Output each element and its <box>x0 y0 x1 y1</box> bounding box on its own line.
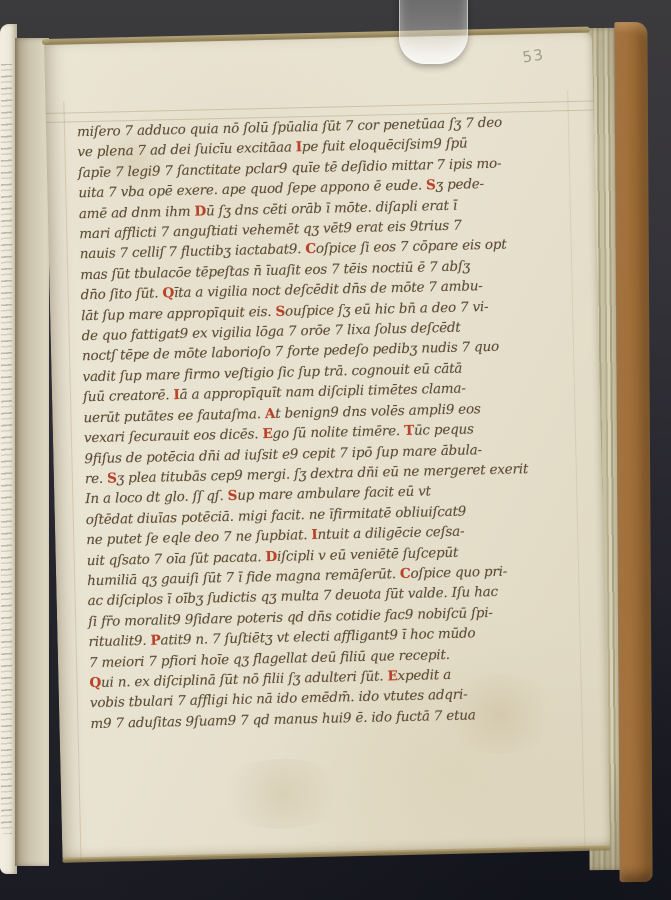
transparent-book-weight <box>399 0 468 64</box>
facing-page-text-slivers <box>1 64 12 834</box>
book-gutter <box>15 38 49 866</box>
rubricated-initial: T <box>404 423 414 439</box>
text-block: miſero 7 adduco quia nō ſolū ſpūalia ſūt… <box>77 111 578 742</box>
rubricated-initial: S <box>228 488 238 504</box>
rubricated-initial: D <box>265 548 277 564</box>
page-bottom-edge <box>62 845 610 862</box>
rubricated-initial: E <box>387 668 397 684</box>
rubricated-initial: S <box>107 470 117 486</box>
rubricated-initial: C <box>305 241 316 257</box>
rubricated-initial: P <box>150 633 160 649</box>
leather-cover-edge <box>614 22 652 882</box>
folio-number: 53 <box>521 45 545 66</box>
page-top-edge <box>42 27 590 45</box>
rubricated-initial: S <box>275 303 285 319</box>
manuscript-photo: 53 miſero 7 adduco quia nō ſolū ſpūalia … <box>0 0 671 900</box>
manuscript-page: 53 miſero 7 adduco quia nō ſolū ſpūalia … <box>44 32 610 860</box>
parchment-stain <box>210 757 352 830</box>
rubricated-initial: E <box>262 426 272 442</box>
rubricated-initial: D <box>194 203 206 219</box>
rubricated-initial: Q <box>89 675 101 691</box>
rubricated-initial: Q <box>162 285 174 301</box>
rubricated-initial: A <box>265 406 276 422</box>
